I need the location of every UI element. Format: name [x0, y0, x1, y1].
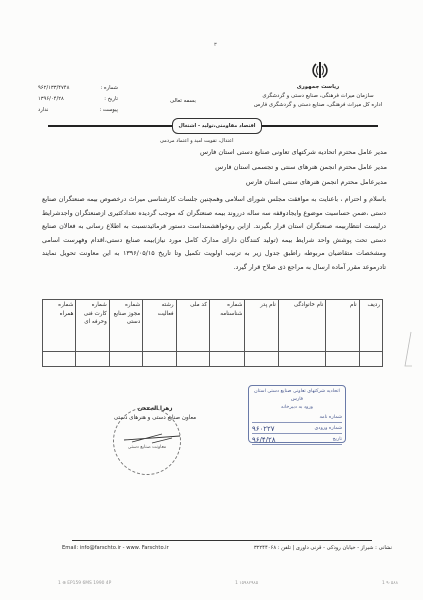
scanned-letter-page: ۳ ریاست جمهوری سازمان میراث فرهنگی، صنای… [0, 0, 423, 600]
fax-right: 1 ۹۰۵۸۸ [382, 581, 398, 586]
recipients: مدیر عامل محترم اتحادیه شرکتهای تعاونی ص… [87, 145, 387, 190]
letter-meta: شماره : ۹۶۲/۱۳۳/۴۷۴۸ تاریخ : ۱۳۹۶/۰۴/۲۸ … [38, 83, 118, 116]
col-id-number: شماره شناسنامه [210, 300, 245, 352]
meta-attachment-label: پیوست : [99, 105, 118, 116]
signature-block: زهرا الجمعی معاون صنایع دستی و هنرهای دس… [95, 405, 215, 423]
meta-number-value: ۹۶۲/۱۳۳/۴۷۴۸ [38, 83, 69, 94]
table-cell [278, 352, 326, 367]
bismillah: بسمه تعالی [170, 98, 196, 104]
col-handicraft-license: شماره مجوز صنایع دستی [109, 300, 142, 352]
col-last-name: نام خانوادگی [278, 300, 326, 352]
stamp-title: اتحادیه شرکتهای تعاونی صنایع دستی استان … [252, 388, 342, 404]
col-technical-card: شماره کارت فنی وحرفه ای [76, 300, 109, 352]
recipient-2: مدیر عامل محترم انجمن هنرهای سنتی و تجسم… [87, 160, 387, 175]
stamp-row-date: تاریخ ۹۶/۴/۲۸ [252, 436, 342, 445]
signature-icon [122, 432, 182, 444]
meta-date-label: تاریخ : [104, 94, 118, 105]
recipient-3: مدیرعامل محترم انجمن هنرهای سنتی استان ف… [87, 175, 387, 190]
margin-mark-icon [403, 330, 413, 370]
meta-number-label: شماره : [100, 83, 118, 94]
letterhead-line-3: اداره کل میراث فرهنگی، صنایع دستی و گردش… [233, 101, 403, 110]
fax-middle: 1 ۱۵۹۸۲۹۸۵ [235, 581, 258, 586]
stamp-subtitle: ورود به دبیرخانه [252, 404, 342, 412]
footer-contact: Email: info@farschto.ir - www. Farschto.… [62, 545, 169, 551]
meta-attachment-value: ندارد [38, 105, 48, 116]
page-mark: ۳ [214, 42, 217, 48]
footer-divider [72, 540, 372, 541]
letterhead-organization: ریاست جمهوری سازمان میراث فرهنگی، صنایع … [233, 83, 403, 110]
letterhead-line-1: ریاست جمهوری [233, 83, 403, 92]
col-first-name: نام [326, 300, 359, 352]
seal-text: معاونت صنایع دستی [128, 445, 167, 450]
table-cell [326, 352, 359, 367]
table-cell [176, 352, 209, 367]
table-row [43, 352, 383, 367]
footer: Email: info@farschto.ir - www. Farschto.… [62, 545, 392, 551]
stamp-label: شماره ورودی [315, 425, 342, 433]
col-father-name: نام پدر [245, 300, 278, 352]
stamp-label: شماره نامه [319, 414, 342, 422]
table-cell [109, 352, 142, 367]
col-activity-field: رشته فعالیت [143, 300, 176, 352]
col-mobile: شماره همراه [43, 300, 76, 352]
iran-emblem-icon [310, 60, 330, 80]
table-cell [76, 352, 109, 367]
table-cell [143, 352, 176, 367]
table-cell [210, 352, 245, 367]
footer-address: نشانی : شیراز - خیابان رودکی - قرنی داور… [254, 545, 392, 551]
col-national-code: کد ملی [176, 300, 209, 352]
signatory-title: معاون صنایع دستی و هنرهای دستی [95, 414, 215, 423]
recipient-1: مدیر عامل محترم اتحادیه شرکتهای تعاونی ص… [87, 145, 387, 160]
fax-left: 1 ⊛ EP159 6MS 1990 4P [58, 581, 111, 586]
letterhead-line-2: سازمان میراث فرهنگی، صنایع دستی و گردشگر… [233, 92, 403, 101]
letter-body: باسلام و احترام ، باعنایت به موافقت مجلس… [42, 193, 386, 274]
fax-transmission-line: 1 ⊛ EP159 6MS 1990 4P 1 ۱۵۹۸۲۹۸۵ 1 ۹۰۵۸۸ [58, 581, 398, 586]
meta-date-value: ۱۳۹۶/۰۴/۲۸ [38, 94, 64, 105]
meta-attachment: پیوست : ندارد [38, 105, 118, 116]
slogan-banner: اقتصاد مقاومتی،تولید - اشتغال [172, 118, 262, 134]
table-cell [359, 352, 382, 367]
table-cell [43, 352, 76, 367]
stamp-row-letter-number: شماره نامه [252, 414, 342, 423]
col-row-number: ردیف [359, 300, 382, 352]
table-header-row: ردیف نام نام خانوادگی نام پدر شماره شناس… [43, 300, 383, 352]
meta-date: تاریخ : ۱۳۹۶/۰۴/۲۸ [38, 94, 118, 105]
slogan-subline: اعتدال، تقویت امید و اعتماد مردمی [160, 138, 234, 144]
meta-number: شماره : ۹۶۲/۱۳۳/۴۷۴۸ [38, 83, 118, 94]
stamp-row-incoming-number: شماره ورودی ۹۶۰۲۲۷ [252, 425, 342, 434]
stamp-value: ۹۶/۴/۲۸ [252, 436, 276, 444]
receipt-stamp: اتحادیه شرکتهای تعاونی صنایع دستی استان … [248, 385, 346, 443]
applicant-table: ردیف نام نام خانوادگی نام پدر شماره شناس… [42, 299, 383, 367]
signatory-name: زهرا الجمعی [95, 405, 215, 414]
stamp-value: ۹۶۰۲۲۷ [252, 425, 275, 433]
stamp-label: تاریخ [332, 436, 342, 444]
table-cell [245, 352, 278, 367]
